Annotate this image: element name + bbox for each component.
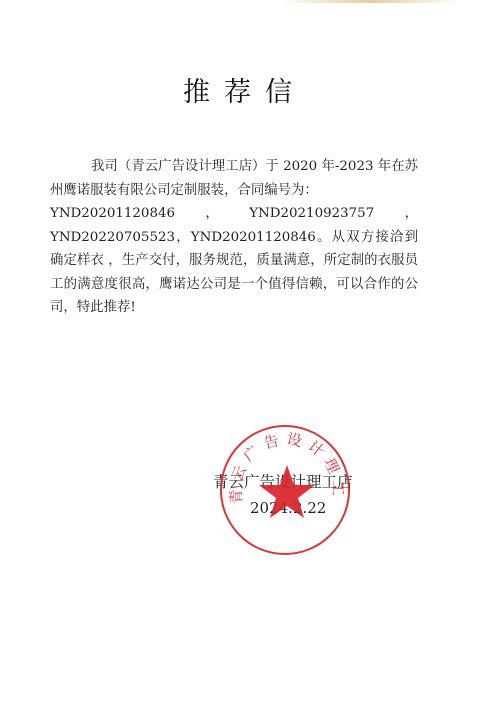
- page-title: 推荐信: [0, 70, 489, 109]
- letter-paragraph-intro: 我司（青云广告设计理工店）于 2020 年-2023 年在苏州鹰诺服装有限公司定…: [50, 155, 418, 202]
- star-icon: [259, 465, 315, 518]
- letter-paragraph-contracts: YND20201120846，YND20210923757，YND2022070…: [50, 202, 418, 320]
- scan-edge-artifact: [280, 0, 460, 3]
- seal-graphic: 青云广告设计理工店: [222, 427, 352, 557]
- company-seal: 青云广告设计理工店: [220, 425, 350, 555]
- letter-body: 我司（青云广告设计理工店）于 2020 年-2023 年在苏州鹰诺服装有限公司定…: [50, 155, 418, 320]
